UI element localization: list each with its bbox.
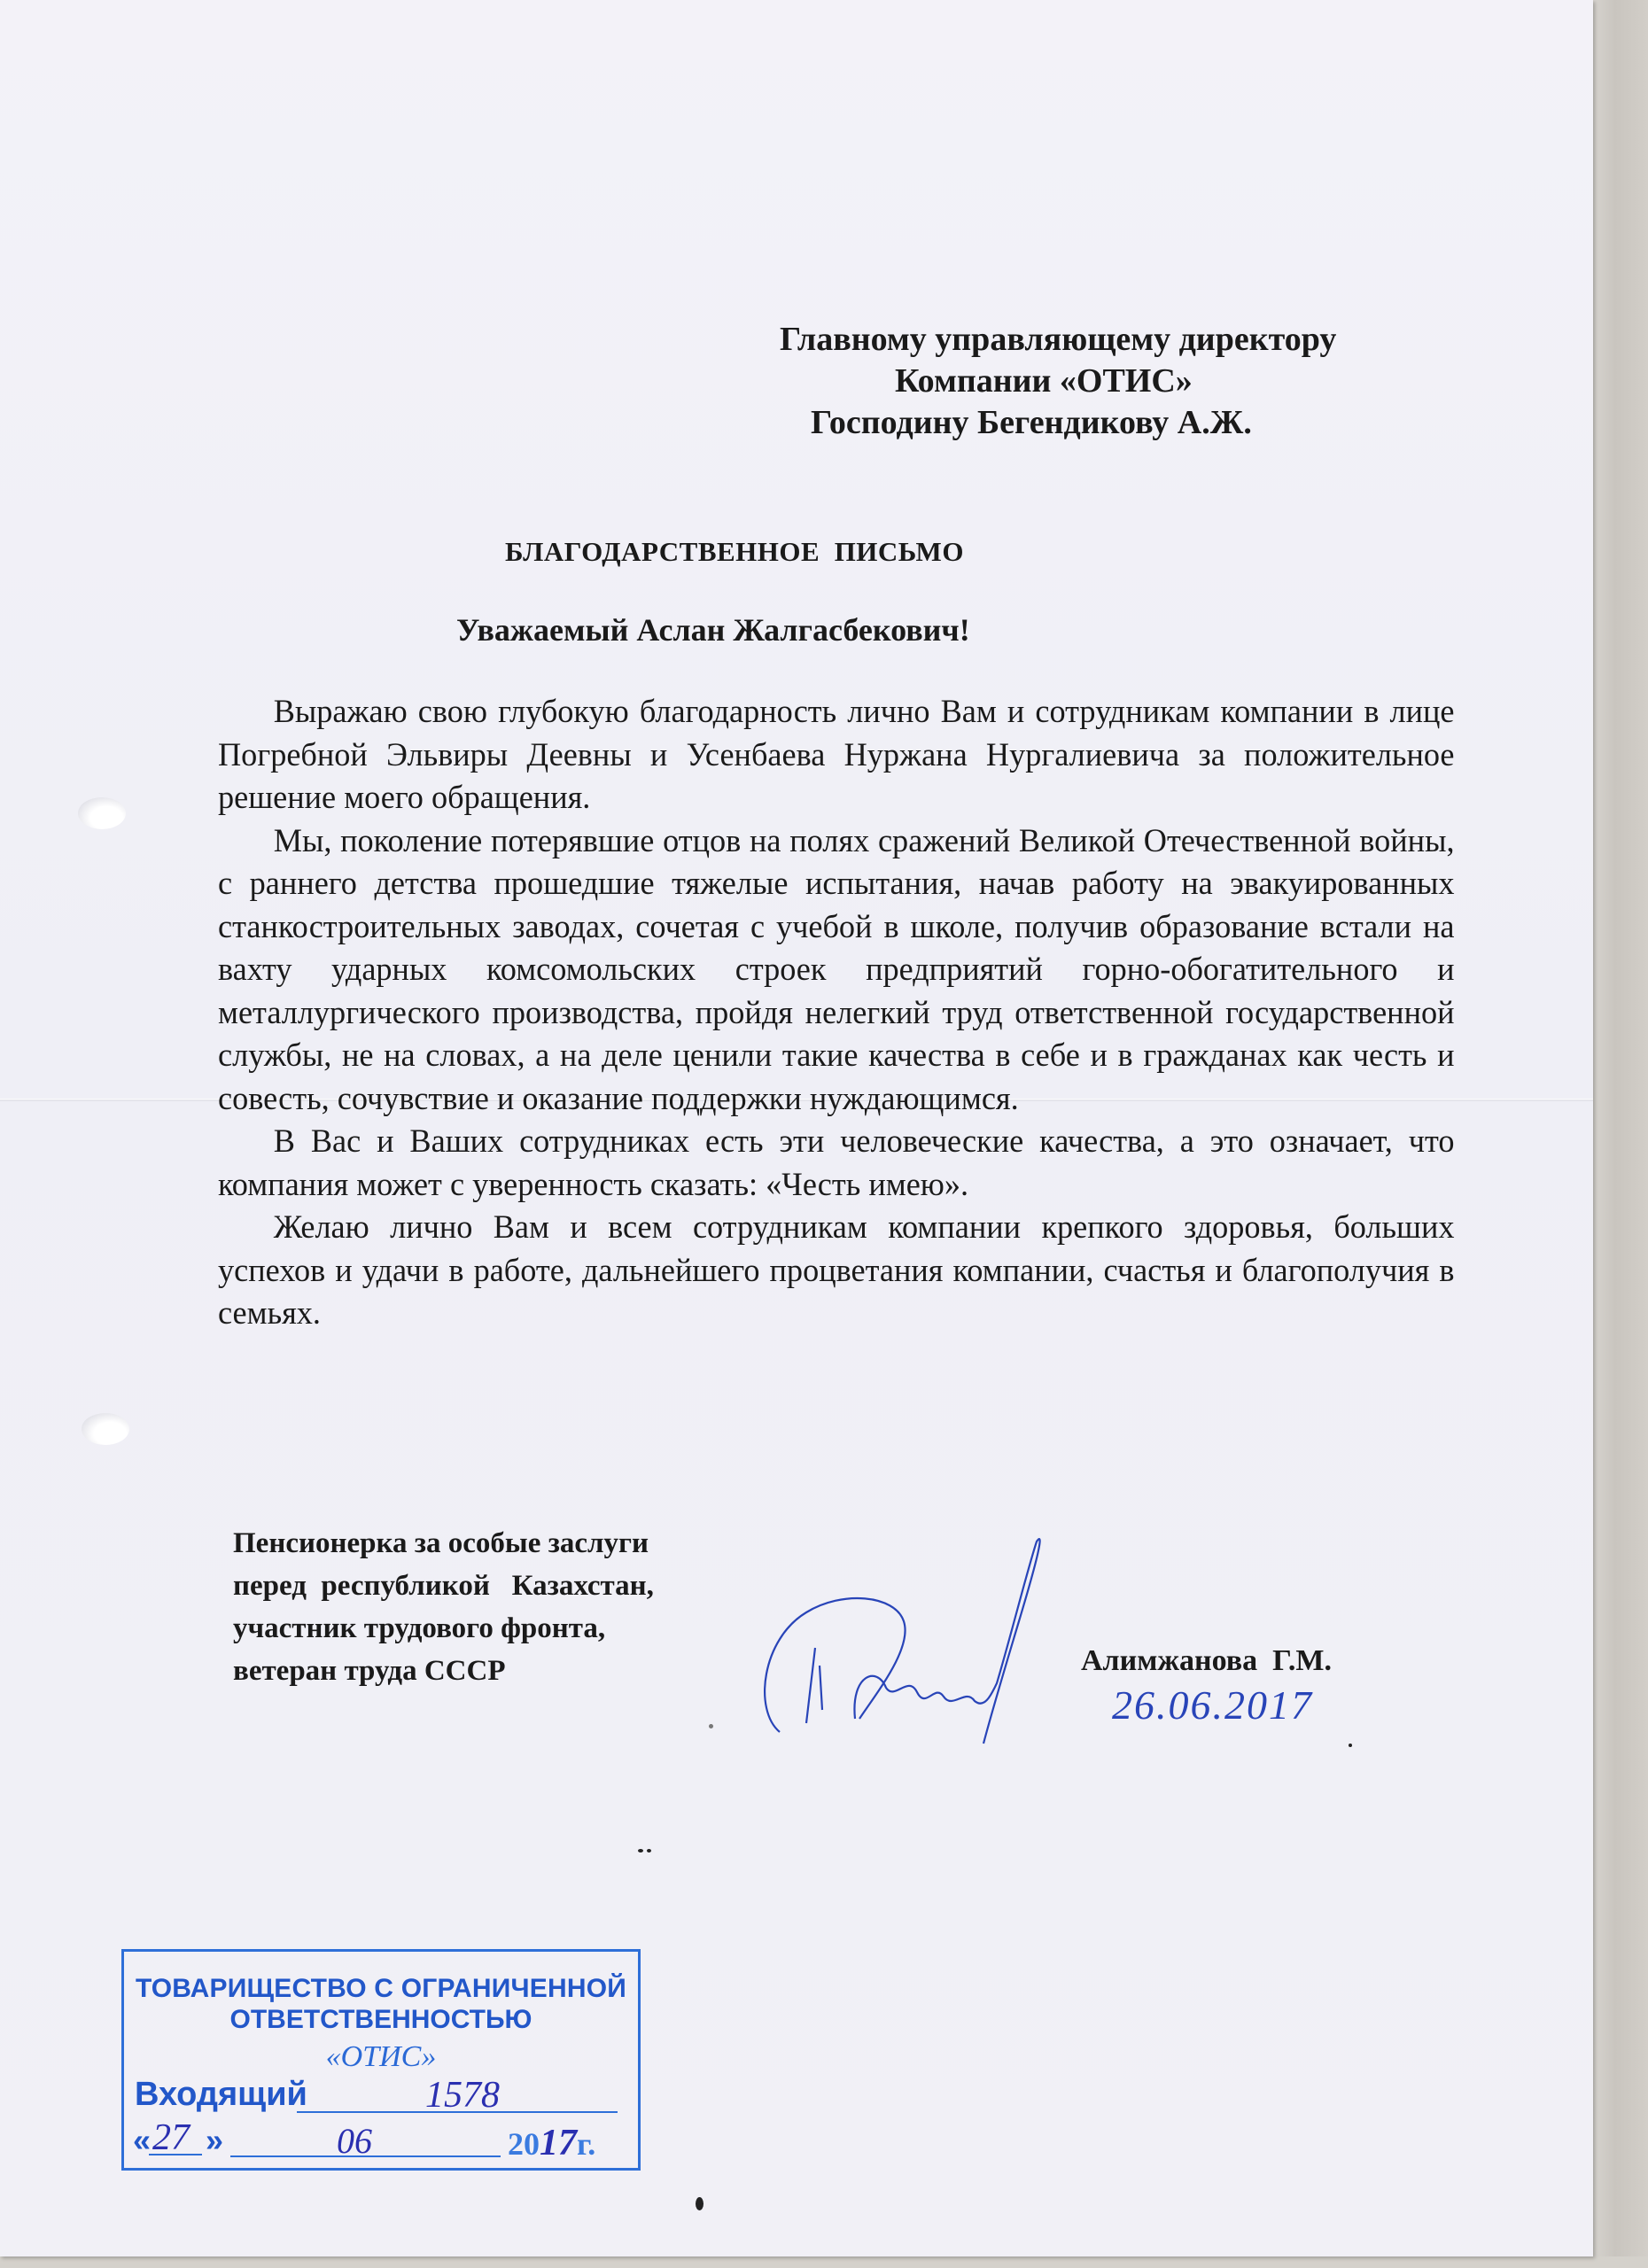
body-paragraph: Мы, поколение потерявшие отцов на полях …	[218, 820, 1455, 1122]
stamp-incoming-number: 1578	[425, 2074, 500, 2117]
body-paragraph: Желаю лично Вам и всем сотрудникам компа…	[218, 1207, 1455, 1336]
stamp-day-line	[149, 2154, 202, 2155]
stamp-year-unit: г.	[577, 2126, 595, 2162]
incoming-stamp: ТОВАРИЩЕСТВО С ОГРАНИЧЕННОЙ ОТВЕТСТВЕННО…	[121, 1949, 641, 2171]
punch-hole	[82, 1413, 129, 1445]
signer-name: Алимжанова Г.М.	[1081, 1644, 1332, 1678]
signer-credentials: Пенсионерка за особые заслуги перед респ…	[233, 1522, 654, 1692]
addressee-line: Господину Бегендикову А.Ж.	[762, 402, 1418, 444]
ink-speck	[709, 1724, 713, 1728]
credential-line: перед республикой Казахстан,	[233, 1565, 654, 1607]
ink-speck	[696, 2197, 704, 2210]
letter-page: Главному управляющему директору Компании…	[0, 0, 1593, 2256]
credential-line: участник трудового фронта,	[233, 1607, 654, 1650]
addressee-block: Главному управляющему директору Компании…	[762, 319, 1418, 444]
stamp-day: 27	[152, 2117, 190, 2159]
stamp-month: 06	[337, 2120, 372, 2162]
handwritten-date: 26.06.2017	[1112, 1682, 1378, 1744]
body-paragraph: В Вас и Ваших сотрудниках есть эти челов…	[218, 1121, 1455, 1207]
stamp-company-name: «ОТИС»	[124, 2040, 638, 2074]
letter-body: Выражаю свою глубокую благодарность личн…	[218, 691, 1455, 1336]
credential-line: Пенсионерка за особые заслуги	[233, 1522, 654, 1565]
addressee-line: Компании «ОТИС»	[762, 361, 1418, 402]
handwritten-signature	[753, 1533, 1090, 1745]
stamp-org-line2: ОТВЕТСТВЕННОСТЬЮ	[124, 2005, 638, 2035]
salutation: Уважаемый Аслан Жалгасбекович!	[456, 611, 970, 649]
stamp-year-prefix: 20	[508, 2126, 540, 2162]
scan-backdrop	[1593, 0, 1648, 2268]
ink-speck	[1349, 1744, 1352, 1747]
document-title: БЛАГОДАРСТВЕННОЕ ПИСЬМО	[505, 536, 964, 568]
stamp-year: 2017г.	[508, 2122, 595, 2164]
stamp-incoming-label: Входящий	[135, 2076, 307, 2114]
stamp-org-line1: ТОВАРИЩЕСТВО С ОГРАНИЧЕННОЙ	[124, 1974, 638, 2004]
stamp-quote-close: »	[206, 2122, 223, 2159]
body-paragraph: Выражаю свою глубокую благодарность личн…	[218, 691, 1455, 820]
ink-speck	[638, 1849, 643, 1852]
stamp-year-suffix: 17	[540, 2123, 577, 2163]
punch-hole	[78, 797, 126, 829]
handwritten-date-text: 26.06.2017	[1112, 1682, 1313, 1728]
credential-line: ветеран труда СССР	[233, 1650, 654, 1692]
scan-backdrop-bottom	[0, 2256, 1648, 2268]
addressee-line: Главному управляющему директору	[762, 319, 1418, 361]
ink-speck	[647, 1849, 651, 1852]
